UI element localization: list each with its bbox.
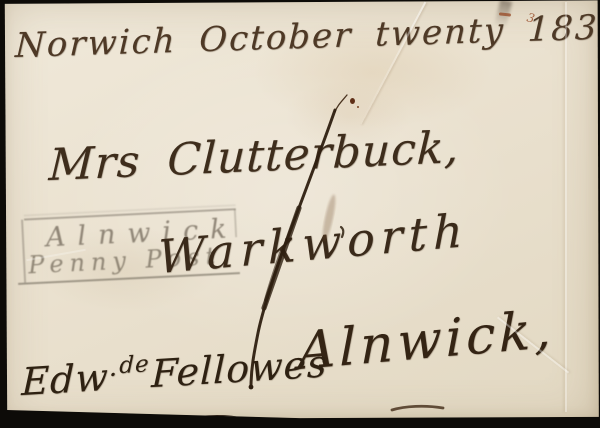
signature-superscript: de xyxy=(119,351,150,379)
envelope-paper: Alnwick Penny Post Norwich October twent… xyxy=(0,0,600,428)
underline-dash xyxy=(392,406,443,410)
ink-spot xyxy=(350,98,355,104)
bottom-edge-ink-smear xyxy=(148,417,254,423)
handstamp-frame-left xyxy=(21,220,26,283)
handwritten-date-line: Norwich October twenty 1837. xyxy=(14,7,600,67)
ink-spot xyxy=(357,106,359,108)
paper-crease xyxy=(565,2,567,412)
free-frank-signature: Edw·deFellowes xyxy=(21,341,328,404)
signature-surname: Fellowes xyxy=(151,341,328,396)
photo-of-1837-postal-cover: Alnwick Penny Post Norwich October twent… xyxy=(0,0,600,428)
pen-stroke-hair-tip xyxy=(335,95,347,112)
handwritten-address-line-3: Alnwick, xyxy=(298,300,555,383)
handwritten-addressee: Mrs Clutterbuck, xyxy=(48,122,461,191)
bottom-edge-ink-smear xyxy=(196,415,238,420)
signature-dot: · xyxy=(108,360,118,391)
signature-forename: Edw xyxy=(21,355,110,405)
